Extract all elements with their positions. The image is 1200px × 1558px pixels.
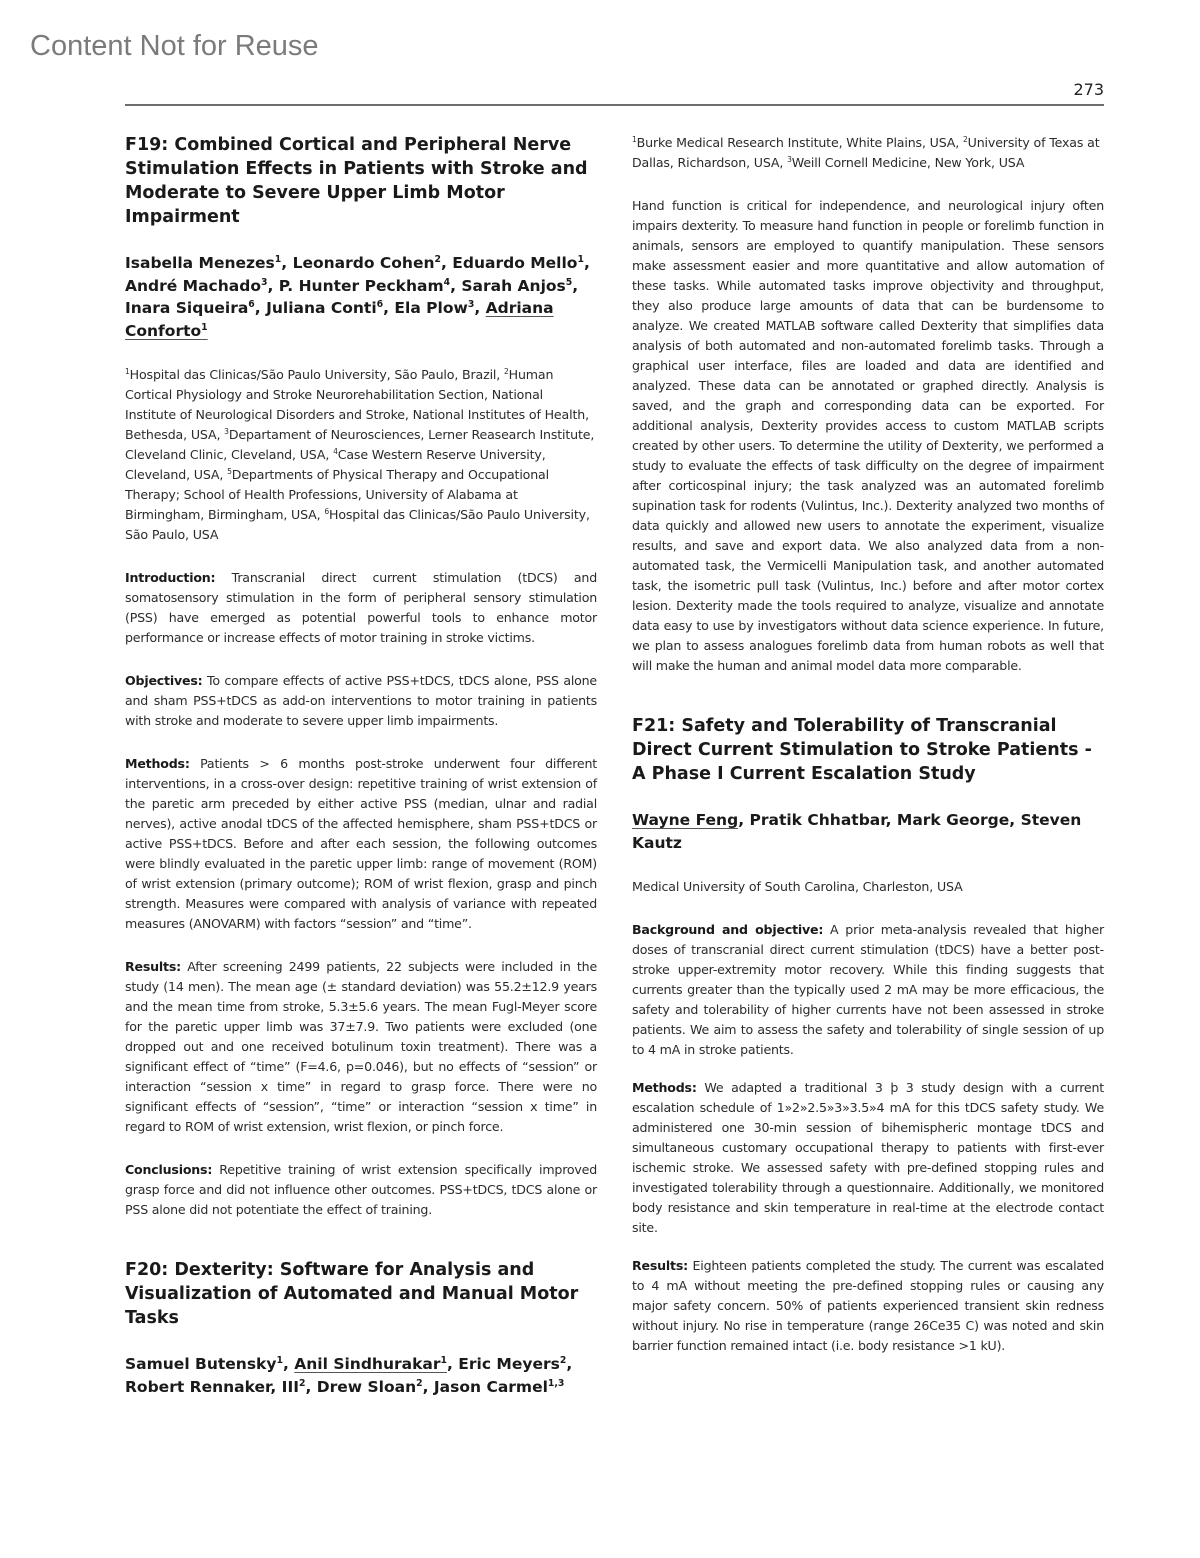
author-name: Juliana Conti6 [266, 299, 383, 317]
section-conclusions: Conclusions: Repetitive training of wris… [125, 1160, 597, 1220]
section-label: Conclusions: [125, 1162, 212, 1177]
author-name: Mark George [897, 811, 1009, 829]
abstract-title: F20: Dexterity: Software for Analysis an… [125, 1258, 597, 1330]
author-name: Inara Siqueira6 [125, 299, 255, 317]
author-name: André Machado3 [125, 277, 267, 295]
author-name: Eric Meyers2 [458, 1355, 566, 1373]
section-methods: Methods: We adapted a traditional 3 þ 3 … [632, 1078, 1104, 1238]
section-text: Patients > 6 months post-stroke underwen… [125, 756, 597, 931]
author-list: Wayne Feng, Pratik Chhatbar, Mark George… [632, 809, 1104, 854]
author-name: Wayne Feng [632, 811, 738, 829]
section-methods: Methods: Patients > 6 months post-stroke… [125, 754, 597, 934]
page-number: 273 [1073, 80, 1104, 99]
affiliation-text: Hospital das Clinicas/São Paulo Universi… [130, 367, 504, 382]
abstract-f20-body: 1Burke Medical Research Institute, White… [632, 133, 1104, 676]
author-name: Leonardo Cohen2 [293, 254, 441, 272]
abstract-f20-header: F20: Dexterity: Software for Analysis an… [125, 1258, 597, 1398]
abstract-title: F19: Combined Cortical and Peripheral Ne… [125, 133, 597, 229]
section-results: Results: Eighteen patients completed the… [632, 1256, 1104, 1356]
header-rule [125, 104, 1104, 106]
affiliations: 1Burke Medical Research Institute, White… [632, 133, 1104, 173]
section-background: Background and objective: A prior meta-a… [632, 920, 1104, 1060]
section-label: Results: [125, 959, 181, 974]
abstract-title: F21: Safety and Tolerability of Transcra… [632, 714, 1104, 786]
author-name: P. Hunter Peckham4 [279, 277, 450, 295]
section-label: Background and objective: [632, 922, 823, 937]
section-text: A prior meta-analysis revealed that high… [632, 922, 1104, 1057]
section-label: Results: [632, 1258, 688, 1273]
author-name: Isabella Menezes1 [125, 254, 281, 272]
author-name: Anil Sindhurakar1 [294, 1355, 447, 1373]
section-label: Objectives: [125, 673, 202, 688]
author-name: Samuel Butensky1 [125, 1355, 283, 1373]
author-name: Eduardo Mello1 [452, 254, 584, 272]
affiliations: 1Hospital das Clinicas/São Paulo Univers… [125, 365, 597, 545]
abstract-f21: F21: Safety and Tolerability of Transcra… [632, 714, 1104, 1356]
watermark-text: Content Not for Reuse [30, 30, 319, 63]
left-column: F19: Combined Cortical and Peripheral Ne… [125, 133, 597, 1398]
author-list: Isabella Menezes1, Leonardo Cohen2, Edua… [125, 252, 597, 342]
affiliation-text: Weill Cornell Medicine, New York, USA [792, 155, 1025, 170]
section-text: Eighteen patients completed the study. T… [632, 1258, 1104, 1353]
author-name: Pratik Chhatbar [749, 811, 885, 829]
author-name: Drew Sloan2 [317, 1378, 423, 1396]
section-text: We adapted a traditional 3 þ 3 study des… [632, 1080, 1104, 1235]
author-name: Sarah Anjos5 [461, 277, 572, 295]
author-name: Robert Rennaker, III2 [125, 1378, 305, 1396]
section-text: After screening 2499 patients, 22 subjec… [125, 959, 597, 1134]
author-name: Ela Plow3 [394, 299, 474, 317]
author-name: Jason Carmel1,3 [434, 1378, 564, 1396]
section-objectives: Objectives: To compare effects of active… [125, 671, 597, 731]
abstract-body: Hand function is critical for independen… [632, 196, 1104, 676]
section-results: Results: After screening 2499 patients, … [125, 957, 597, 1137]
section-label: Methods: [125, 756, 190, 771]
affiliation-text: Burke Medical Research Institute, White … [637, 135, 963, 150]
section-introduction: Introduction: Transcranial direct curren… [125, 568, 597, 648]
abstract-f19: F19: Combined Cortical and Peripheral Ne… [125, 133, 597, 1220]
author-list: Samuel Butensky1, Anil Sindhurakar1, Eri… [125, 1353, 597, 1398]
affiliations: Medical University of South Carolina, Ch… [632, 877, 1104, 897]
section-label: Introduction: [125, 570, 215, 585]
right-column: 1Burke Medical Research Institute, White… [632, 133, 1104, 1356]
section-label: Methods: [632, 1080, 697, 1095]
